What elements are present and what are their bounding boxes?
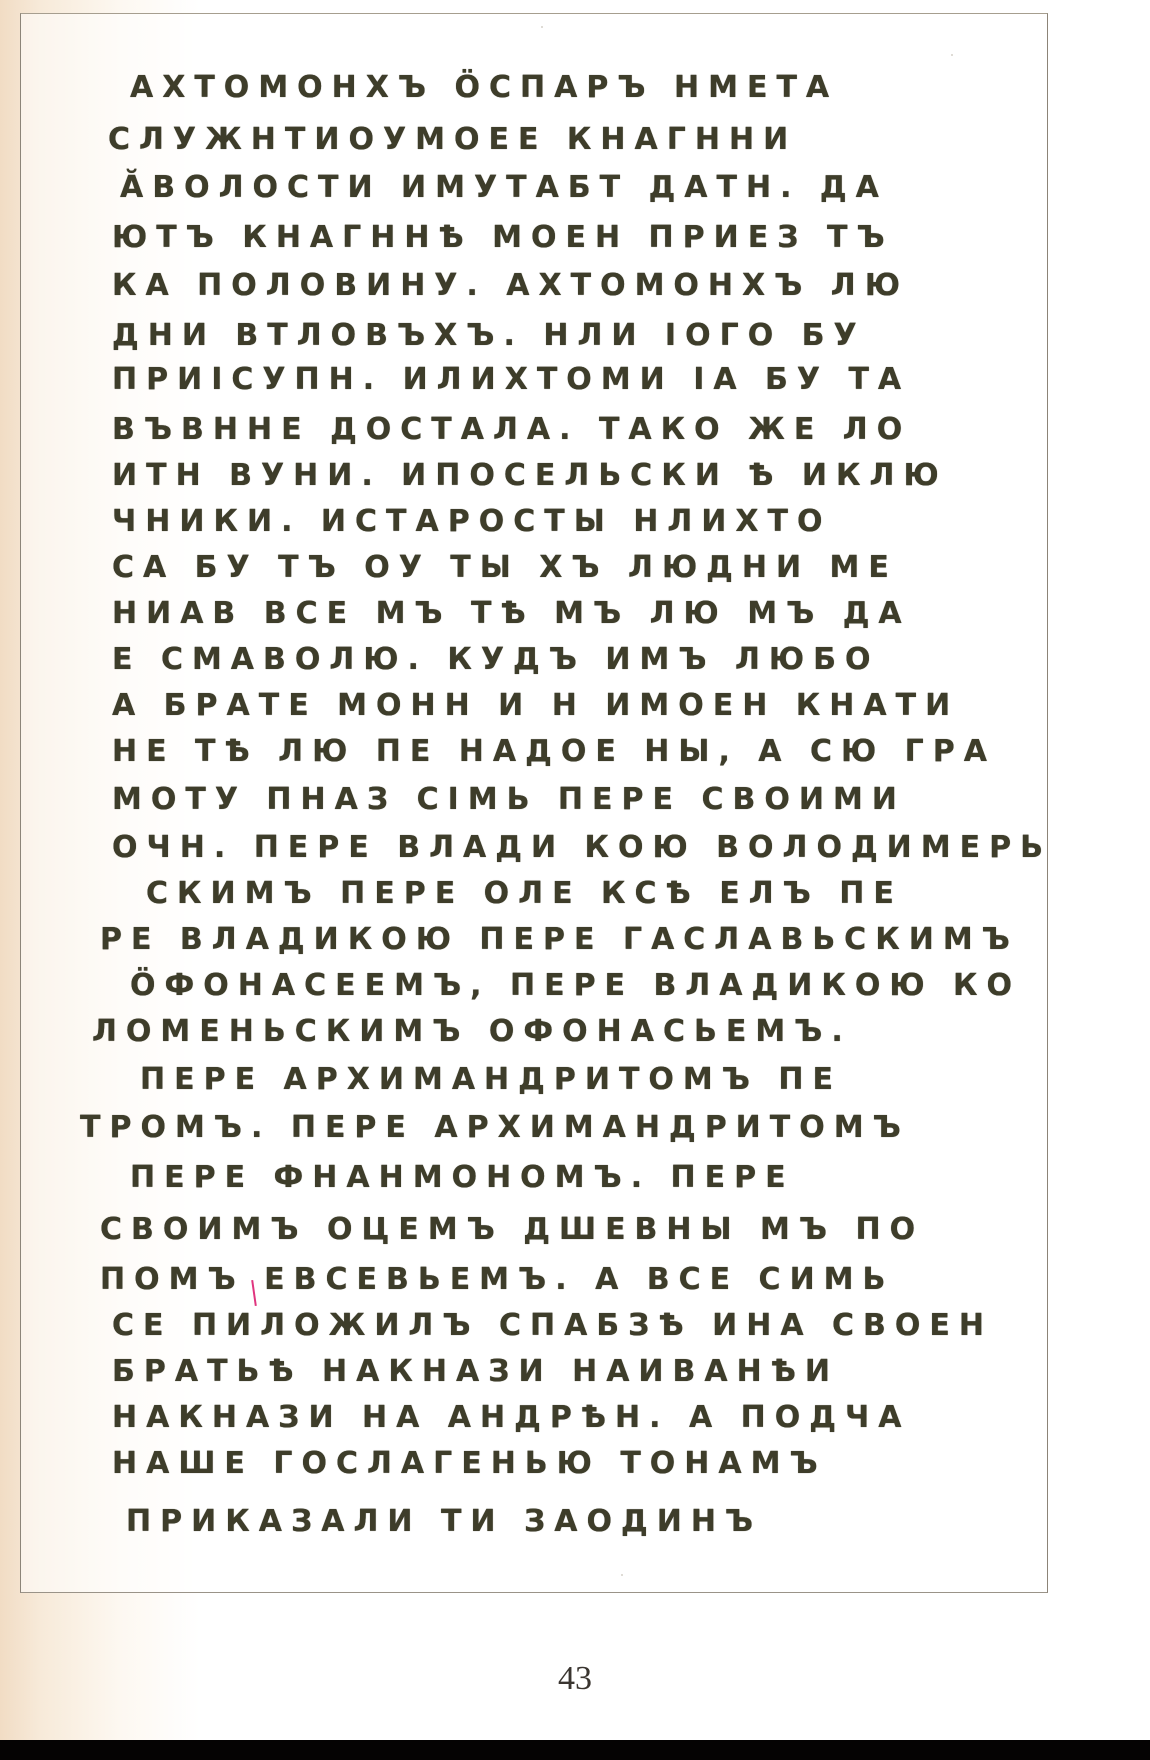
page-number: 43 xyxy=(0,1660,1150,1698)
scan-bottom-edge xyxy=(0,1740,1150,1760)
manuscript-text: АХТОМОНХЪ ӦСПАРЪ НМЕТАСЛУЖНТИОУМОЕЕ КНАГ… xyxy=(0,0,1150,1760)
manuscript-line: ДНИ ВТЛОВЪХЪ. НЛИ ІОГО БУ xyxy=(112,316,866,356)
manuscript-line: НАКНАЗИ НА АНДРѢН. А ПОДЧА xyxy=(112,1398,910,1438)
manuscript-line: НЕ ТѢ ЛЮ ПЕ НАДОЕ НЫ, А СЮ ГРА xyxy=(112,732,996,772)
manuscript-line: АХТОМОНХЪ ӦСПАРЪ НМЕТА xyxy=(130,68,838,108)
manuscript-line: НАШЕ ГОСЛАГЕНЬЮ ТОНАМЪ xyxy=(112,1444,827,1484)
manuscript-line: МОТУ ПНАЗ СІМЬ ПЕРЕ СВОИМИ xyxy=(112,780,906,820)
manuscript-line: СКИМЪ ПЕРЕ ОЛЕ КСѢ ЕЛЪ ПЕ xyxy=(146,874,903,914)
manuscript-line: СЛУЖНТИОУМОЕЕ КНАГННИ xyxy=(108,120,797,160)
manuscript-line: ВЪВННЕ ДОСТАЛА. ТАКО ЖЕ ЛО xyxy=(112,410,911,450)
manuscript-line: А БРАТЕ МОНН И Н ИМОЕН КНАТИ xyxy=(112,686,959,726)
manuscript-line: СЕ ПИЛОЖИЛЪ СПАБЗѢ ИНА СВОЕН xyxy=(112,1306,993,1346)
manuscript-line: Е СМАВОЛЮ. КУДЪ ИМЪ ЛЮБО xyxy=(112,640,879,680)
manuscript-line: РЕ ВЛАДИКОЮ ПЕРЕ ГАСЛАВЬСКИМЪ xyxy=(100,920,1019,960)
manuscript-line: ПЕРЕ ФНАНМОНОМЪ. ПЕРЕ xyxy=(130,1158,795,1198)
manuscript-line: ПРИІСУПН. ИЛИХТОМИ ІА БУ ТА xyxy=(112,360,910,400)
manuscript-line: ОЧН. ПЕРЕ ВЛАДИ КОЮ ВОЛОДИМЕРЬ xyxy=(112,828,1052,868)
manuscript-line: ЛОМЕНЬСКИМЪ ОФОНАСЬЕМЪ. xyxy=(92,1012,852,1052)
manuscript-line: ӦФОНАСЕЕМЪ, ПЕРЕ ВЛАДИКОЮ КО xyxy=(130,966,1021,1006)
manuscript-line: ӐВОЛОСТИ ИМУТАБТ ДАТН. ДА xyxy=(120,168,888,208)
manuscript-line: ПОМЪ ЕВСЕВЬЕМЪ. А ВСЕ СИМЬ xyxy=(100,1260,894,1300)
manuscript-line: ПЕРЕ АРХИМАНДРИТОМЪ ПЕ xyxy=(140,1060,842,1100)
manuscript-line: ИТН ВУНИ. ИПОСЕЛЬСКИ Ѣ ИКЛЮ xyxy=(112,456,948,496)
manuscript-line: ЮТЪ КНАГННѢ МОЕН ПРИЕЗ ТЪ xyxy=(112,218,894,258)
manuscript-line: СВОИМЪ ОЦЕМЪ ДШЕВНЫ МЪ ПО xyxy=(100,1210,924,1250)
manuscript-line: КА ПОЛОВИНУ. АХТОМОНХЪ ЛЮ xyxy=(112,266,909,306)
manuscript-line: БРАТЬѢ НАКНАЗИ НАИВАНѢИ xyxy=(112,1352,839,1392)
manuscript-line: ТРОМЪ. ПЕРЕ АРХИМАНДРИТОМЪ xyxy=(80,1108,910,1148)
manuscript-line: СА БУ ТЪ ОУ ТЫ ХЪ ЛЮДНИ МЕ xyxy=(112,548,898,588)
manuscript-line: НИАВ ВСЕ МЪ ТѢ МЪ ЛЮ МЪ ДА xyxy=(112,594,911,634)
manuscript-line: ЧНИКИ. ИСТАРОСТЫ НЛИХТО xyxy=(112,502,831,542)
manuscript-line: ПРИКАЗАЛИ ТИ ЗАОДИНЪ xyxy=(126,1502,762,1542)
